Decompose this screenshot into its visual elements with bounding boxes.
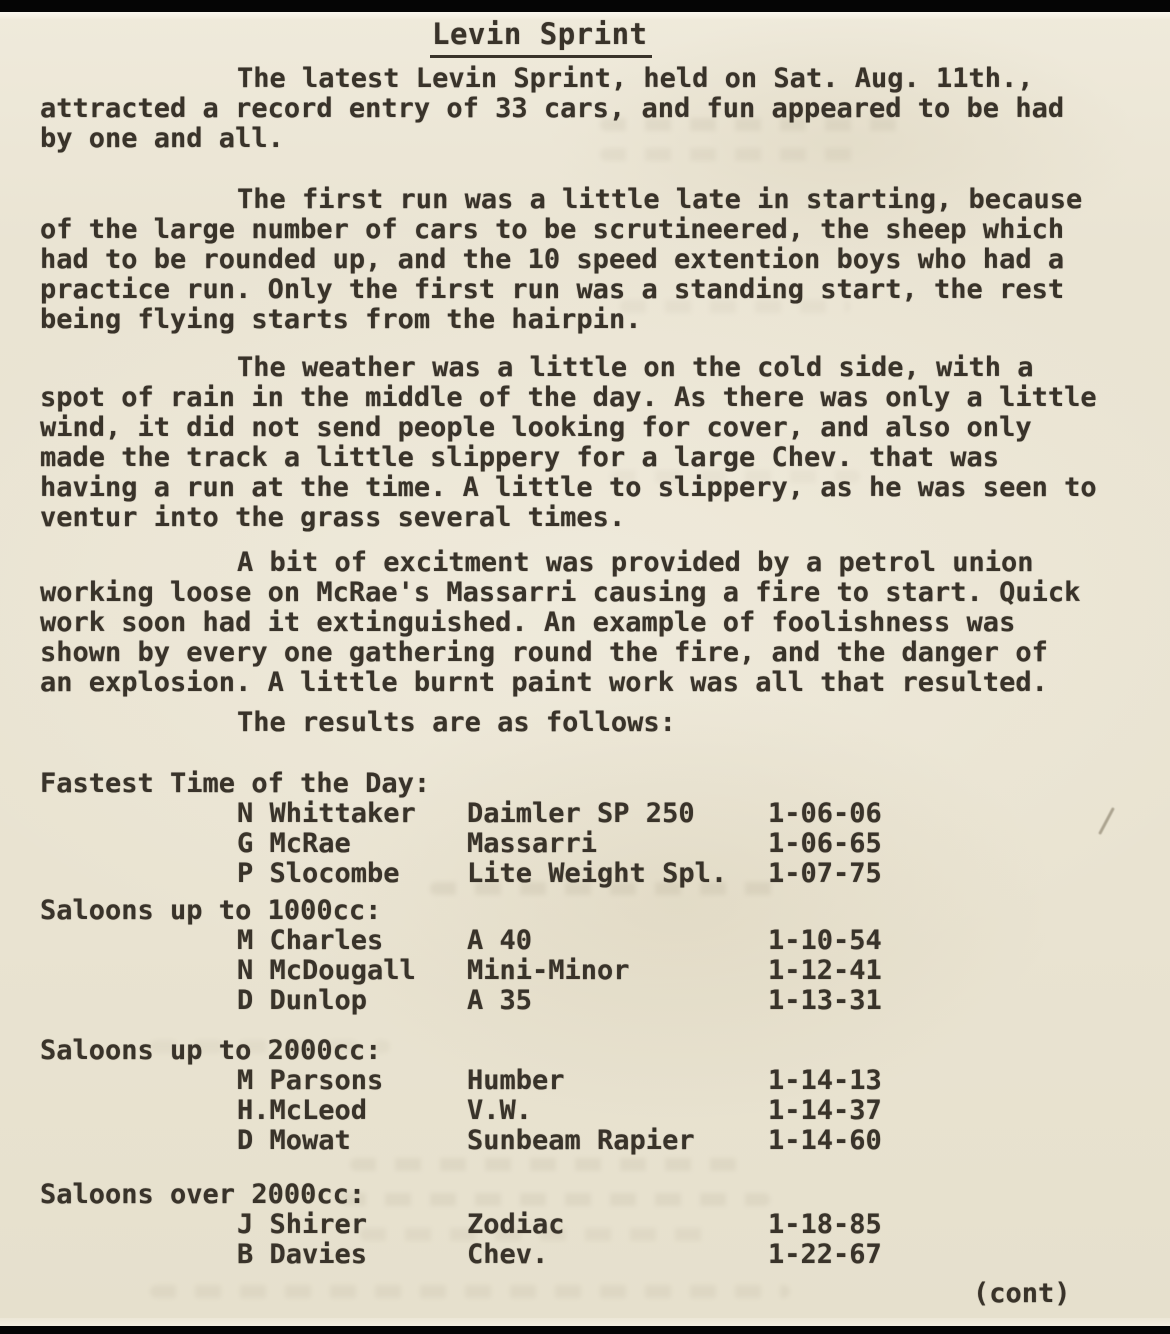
time-value: 1-06-65	[768, 829, 1140, 859]
car-name: Sunbeam Rapier	[467, 1126, 768, 1156]
result-row: M Parsons Humber 1-14-13	[40, 1066, 1140, 1096]
result-row: P Slocombe Lite Weight Spl. 1-07-75	[40, 859, 1140, 889]
result-row: N Whittaker Daimler SP 250 1-06-06	[40, 799, 1140, 829]
text-line: made the track a little slippery for a l…	[40, 443, 1140, 473]
text-line: shown by every one gathering round the f…	[40, 638, 1140, 668]
car-name: Chev.	[467, 1240, 768, 1270]
car-name: A 35	[467, 986, 768, 1016]
driver-name: N McDougall	[40, 956, 467, 986]
text-line: an explosion. A little burnt paint work …	[40, 668, 1140, 698]
text-line: of the large number of cars to be scruti…	[40, 215, 1140, 245]
driver-name: M Charles	[40, 926, 467, 956]
result-row: H.McLeod V.W. 1-14-37	[40, 1096, 1140, 1126]
paragraph-first-run: The first run was a little late in start…	[40, 185, 1140, 335]
results-section-saloons-over-2000cc: Saloons over 2000cc: J Shirer Zodiac 1-1…	[40, 1180, 1140, 1270]
paragraph-weather: The weather was a little on the cold sid…	[40, 353, 1140, 533]
time-value: 1-14-60	[768, 1126, 1140, 1156]
text-line: working loose on McRae's Massarri causin…	[40, 578, 1140, 608]
letterbox-bar-bottom	[0, 1326, 1170, 1334]
time-value: 1-13-31	[768, 986, 1140, 1016]
text-line: wind, it did not send people looking for…	[40, 413, 1140, 443]
text-line: work soon had it extinguished. An exampl…	[40, 608, 1140, 638]
driver-name: H.McLeod	[40, 1096, 467, 1126]
driver-name: P Slocombe	[40, 859, 467, 889]
results-section-saloons-1000cc: Saloons up to 1000cc: M Charles A 40 1-1…	[40, 896, 1140, 1016]
section-header: Fastest Time of the Day:	[40, 769, 1140, 799]
text-line: The weather was a little on the cold sid…	[40, 353, 1140, 383]
car-name: Mini-Minor	[467, 956, 768, 986]
result-row: N McDougall Mini-Minor 1-12-41	[40, 956, 1140, 986]
text-line: being flying starts from the hairpin.	[40, 305, 1140, 335]
text-line: The first run was a little late in start…	[40, 185, 1140, 215]
text-line: had to be rounded up, and the 10 speed e…	[40, 245, 1140, 275]
time-value: 1-12-41	[768, 956, 1140, 986]
text-line: practice run. Only the first run was a s…	[40, 275, 1140, 305]
driver-name: J Shirer	[40, 1210, 467, 1240]
section-header: Saloons over 2000cc:	[40, 1180, 1140, 1210]
paragraph-fire: A bit of excitment was provided by a pet…	[40, 548, 1140, 698]
car-name: V.W.	[467, 1096, 768, 1126]
driver-name: B Davies	[40, 1240, 467, 1270]
time-value: 1-22-67	[768, 1240, 1140, 1270]
text-line: The latest Levin Sprint, held on Sat. Au…	[40, 64, 1140, 94]
car-name: Daimler SP 250	[467, 799, 768, 829]
car-name: Lite Weight Spl.	[467, 859, 768, 889]
letterbox-bar-top	[0, 0, 1170, 12]
result-row: D Dunlop A 35 1-13-31	[40, 986, 1140, 1016]
driver-name: D Dunlop	[40, 986, 467, 1016]
paragraph-results-intro: The results are as follows:	[40, 708, 1140, 738]
results-section-fastest-time: Fastest Time of the Day: N Whittaker Dai…	[40, 769, 1140, 889]
time-value: 1-10-54	[768, 926, 1140, 956]
driver-name: D Mowat	[40, 1126, 467, 1156]
time-value: 1-14-37	[768, 1096, 1140, 1126]
driver-name: N Whittaker	[40, 799, 467, 829]
result-row: M Charles A 40 1-10-54	[40, 926, 1140, 956]
text-line: by one and all.	[40, 124, 1140, 154]
result-row: D Mowat Sunbeam Rapier 1-14-60	[40, 1126, 1140, 1156]
continuation-note: (cont)	[973, 1279, 1071, 1309]
driver-name: G McRae	[40, 829, 467, 859]
text-line: A bit of excitment was provided by a pet…	[40, 548, 1140, 578]
page-title: Levin Sprint	[430, 16, 652, 58]
text-line: attracted a record entry of 33 cars, and…	[40, 94, 1140, 124]
time-value: 1-18-85	[768, 1210, 1140, 1240]
car-name: A 40	[467, 926, 768, 956]
section-header: Saloons up to 1000cc:	[40, 896, 1140, 926]
section-header: Saloons up to 2000cc:	[40, 1036, 1140, 1066]
time-value: 1-06-06	[768, 799, 1140, 829]
result-row: J Shirer Zodiac 1-18-85	[40, 1210, 1140, 1240]
paragraph-intro: The latest Levin Sprint, held on Sat. Au…	[40, 64, 1140, 154]
result-row: B Davies Chev. 1-22-67	[40, 1240, 1140, 1270]
paper-bottom-edge	[0, 1318, 1170, 1326]
driver-name: M Parsons	[40, 1066, 467, 1096]
text-line: ventur into the grass several times.	[40, 503, 1140, 533]
car-name: Zodiac	[467, 1210, 768, 1240]
result-row: G McRae Massarri 1-06-65	[40, 829, 1140, 859]
car-name: Massarri	[467, 829, 768, 859]
time-value: 1-07-75	[768, 859, 1140, 889]
scanned-document-page: { "document": { "title": "Levin Sprint",…	[0, 0, 1170, 1334]
time-value: 1-14-13	[768, 1066, 1140, 1096]
text-line: having a run at the time. A little to sl…	[40, 473, 1140, 503]
text-line: spot of rain in the middle of the day. A…	[40, 383, 1140, 413]
car-name: Humber	[467, 1066, 768, 1096]
text-line: The results are as follows:	[40, 708, 1140, 738]
results-section-saloons-2000cc: Saloons up to 2000cc: M Parsons Humber 1…	[40, 1036, 1140, 1156]
